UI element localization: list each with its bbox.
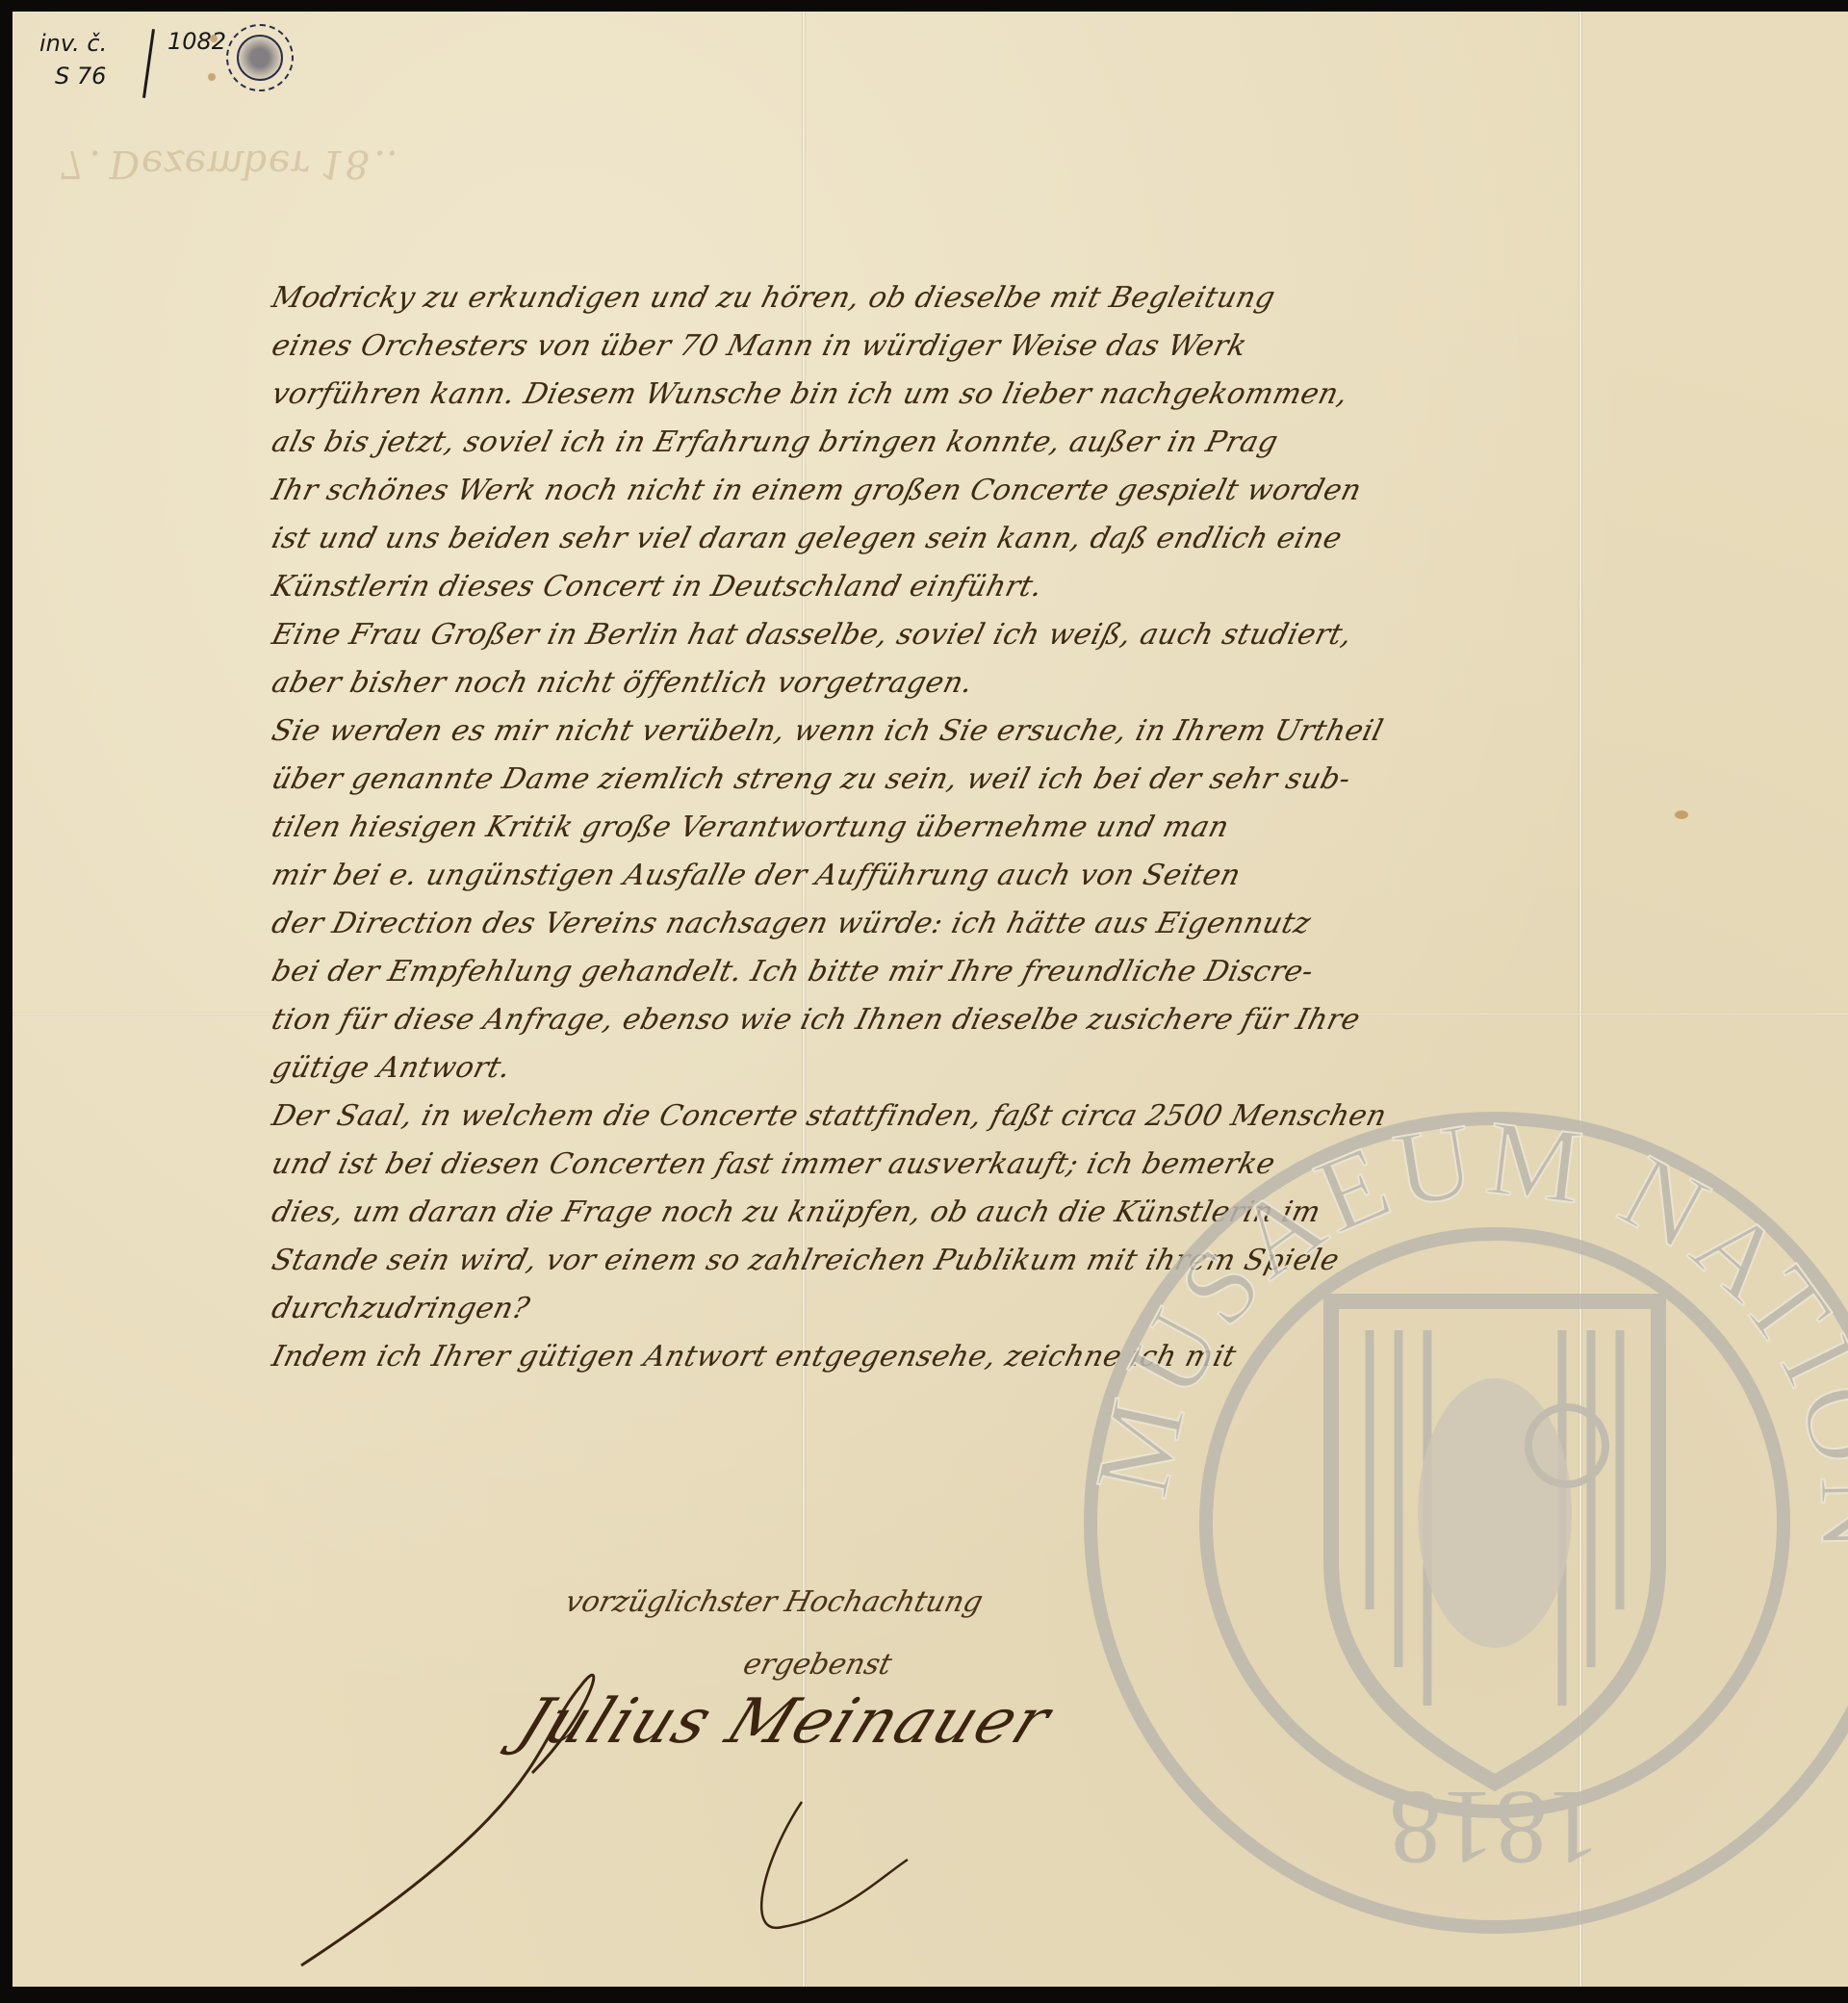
signature: Julius Meinauer [508,1686,1062,1758]
letter-page: 7. Dezember 18.. inv. č. S 76 1082 Modri… [13,12,1848,1987]
